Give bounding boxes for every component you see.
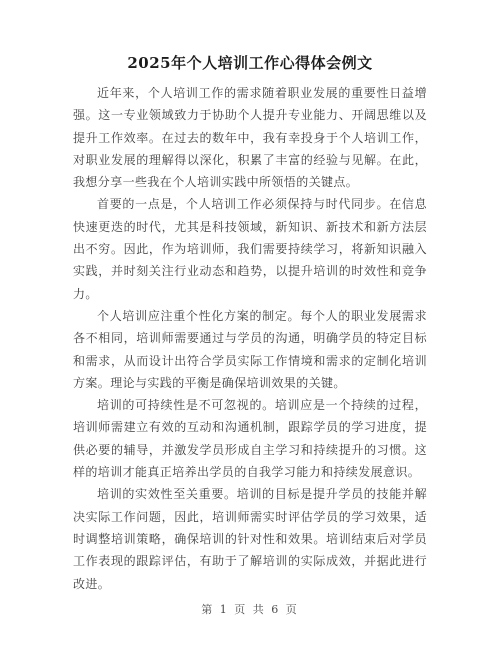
paragraph: 培训的可持续性是不可忽视的。培训应是一个持续的过程，培训师需建立有效的互动和沟通… bbox=[73, 394, 427, 483]
paragraph: 培训的实效性至关重要。培训的目标是提升学员的技能并解决实际工作问题，因此，培训师… bbox=[73, 483, 427, 594]
document-content: 2025年个人培训工作心得体会例文 近年来，个人培训工作的需求随着职业发展的重要… bbox=[73, 0, 427, 595]
paragraph: 首要的一点是，个人培训工作必须保持与时代同步。在信息快速更迭的时代，尤其是科技领… bbox=[73, 193, 427, 304]
document-body: 近年来，个人培训工作的需求随着职业发展的重要性日益增强。这一专业领域致力于协助个… bbox=[73, 82, 427, 595]
paragraph: 近年来，个人培训工作的需求随着职业发展的重要性日益增强。这一专业领域致力于协助个… bbox=[73, 82, 427, 193]
paragraph: 个人培训应注重个性化方案的制定。每个人的职业发展需求各不相同，培训师需要通过与学… bbox=[73, 305, 427, 394]
document-title: 2025年个人培训工作心得体会例文 bbox=[73, 0, 427, 82]
document-page: 2025年个人培训工作心得体会例文 近年来，个人培训工作的需求随着职业发展的重要… bbox=[0, 0, 500, 647]
page-number-label: 第 1 页 共 6 页 bbox=[0, 601, 500, 617]
